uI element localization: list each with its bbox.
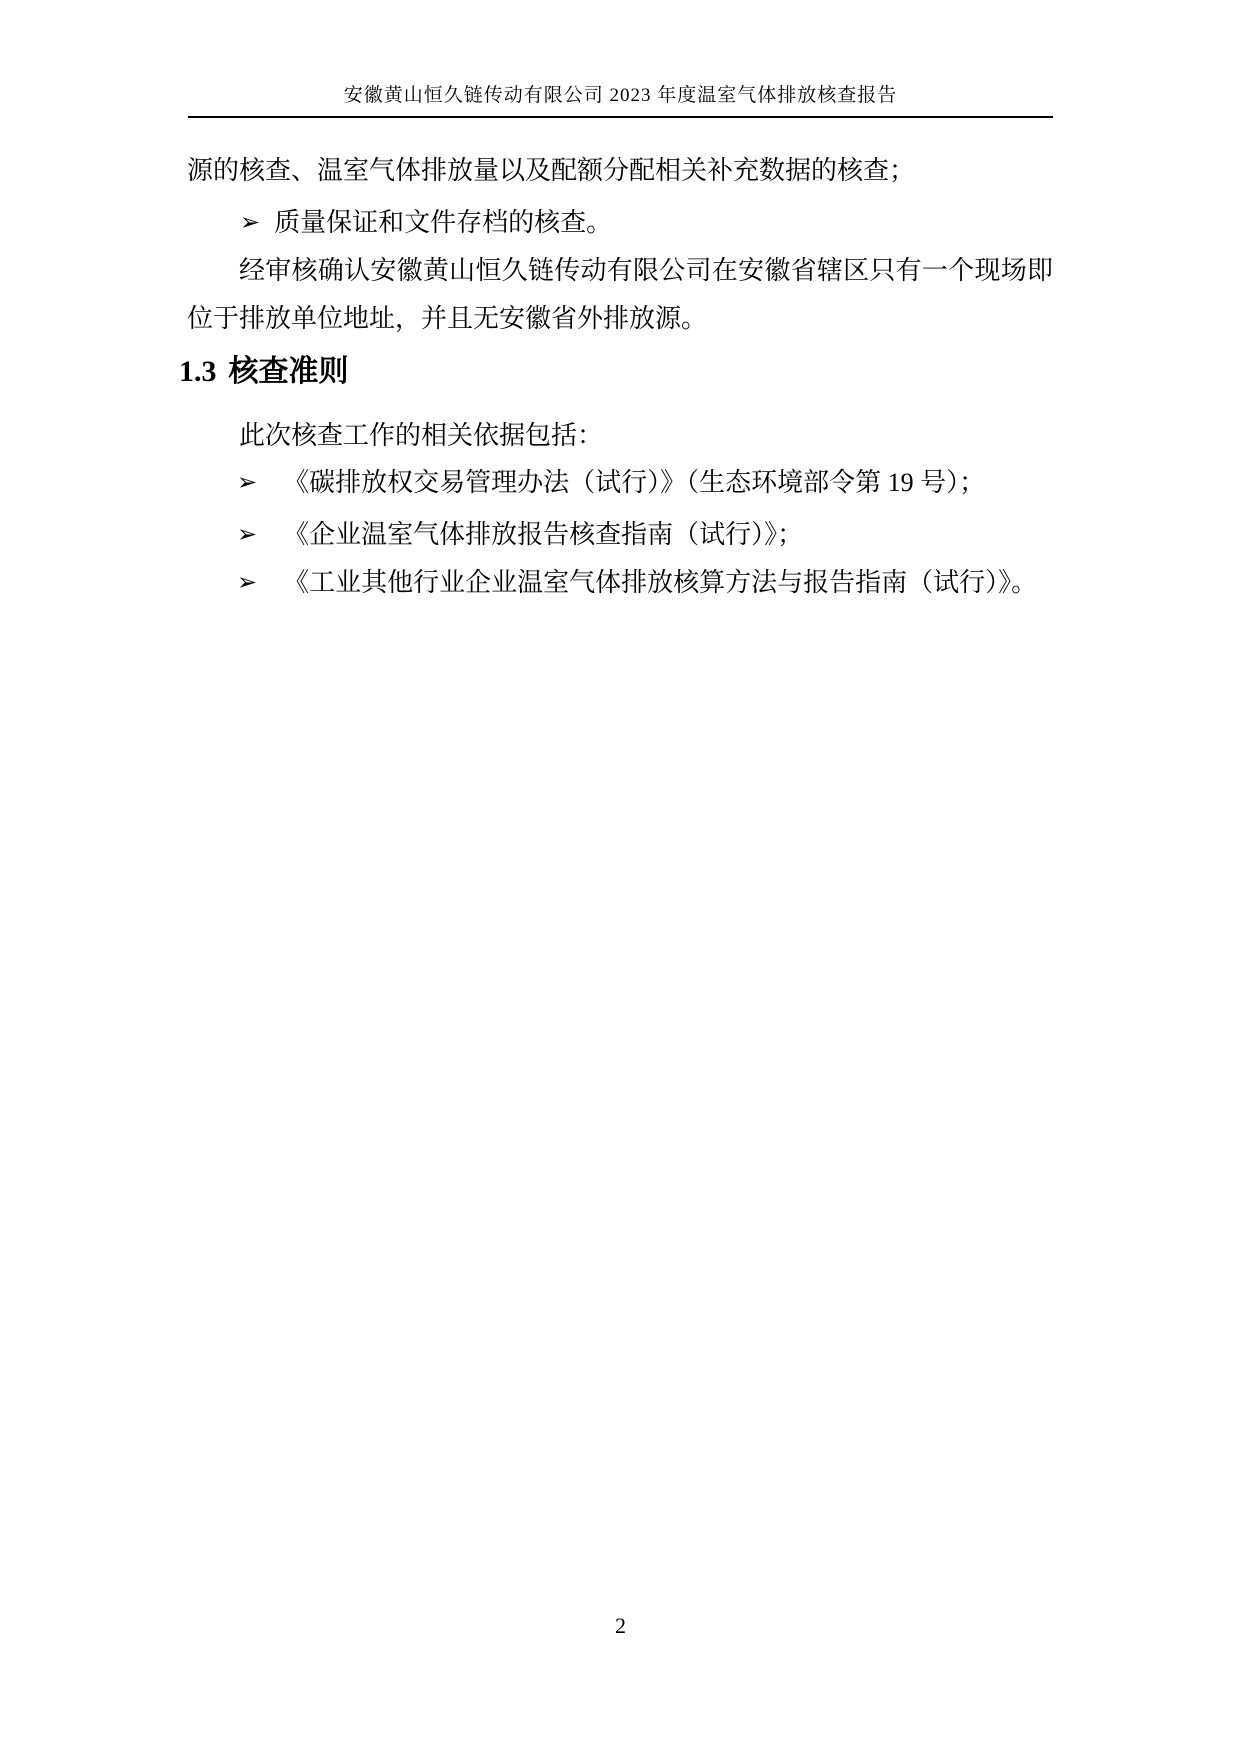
reference-text: 《碳排放权交易管理办法（试行）》（生态环境部令第 19 号）；: [283, 468, 985, 497]
bullet-item-quality-text: 质量保证和文件存档的核查。: [274, 208, 612, 237]
paragraph-basis-intro: 此次核查工作的相关依据包括：: [187, 412, 1053, 460]
header-title: 安徽黄山恒久链传动有限公司 2023 年度温室气体排放核查报告: [344, 85, 898, 106]
reference-list-item: ➢《碳排放权交易管理办法（试行）》（生态环境部令第 19 号）；: [187, 459, 1053, 508]
document-page: 安徽黄山恒久链传动有限公司 2023 年度温室气体排放核查报告 源的核查、温室气…: [0, 0, 1241, 1754]
reference-text: 《企业温室气体排放报告核查指南（试行）》；: [283, 520, 803, 549]
page-number: 2: [0, 1612, 1241, 1640]
page-header: 安徽黄山恒久链传动有限公司 2023 年度温室气体排放核查报告: [188, 84, 1053, 118]
paragraph-continuation: 源的核查、温室气体排放量以及配额分配相关补充数据的核查；: [187, 147, 1053, 195]
arrowhead-bullet-icon: ➢: [237, 459, 257, 507]
section-heading-title: 核查准则: [229, 355, 349, 388]
paragraph-site-confirmation: 经审核确认安徽黄山恒久链传动有限公司在安徽省辖区只有一个现场即位于排放单位地址，…: [187, 247, 1053, 343]
arrowhead-bullet-icon: ➢: [237, 559, 257, 607]
section-heading-1-3: 1.3核查准则: [179, 352, 349, 392]
reference-text: 《工业其他行业企业温室气体排放核算方法与报告指南（试行）》。: [283, 568, 1037, 597]
arrowhead-bullet-icon: ➢: [240, 199, 260, 247]
bullet-item-quality: ➢质量保证和文件存档的核查。: [187, 199, 1053, 248]
arrowhead-bullet-icon: ➢: [237, 511, 257, 559]
section-heading-number: 1.3: [179, 355, 217, 388]
reference-list-item: ➢《企业温室气体排放报告核查指南（试行）》；: [187, 511, 1053, 560]
reference-list-item: ➢《工业其他行业企业温室气体排放核算方法与报告指南（试行）》。: [187, 559, 1053, 608]
